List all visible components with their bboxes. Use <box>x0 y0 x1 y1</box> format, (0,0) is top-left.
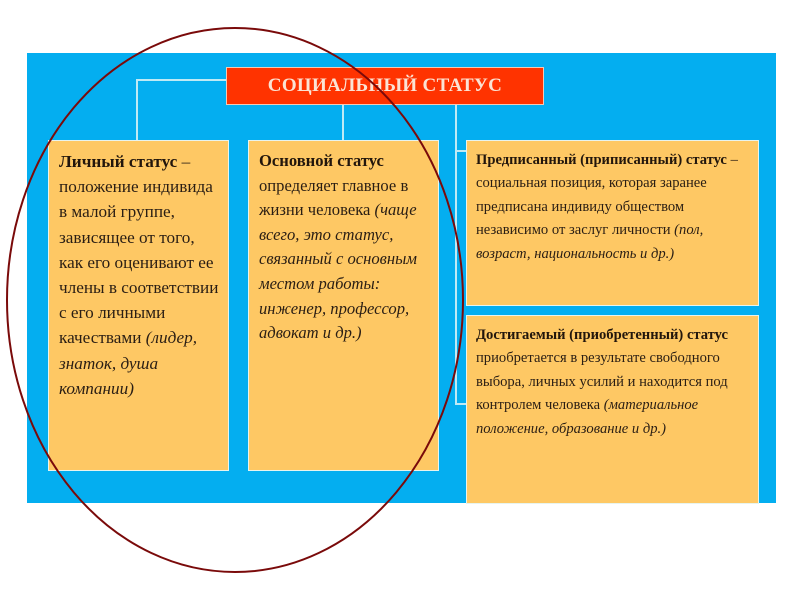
card-main-status: Основной статус определяет главное в жиз… <box>248 140 439 471</box>
definition-ascribed: социальная позиция, которая заранее пред… <box>476 175 707 238</box>
term-personal: Личный статус <box>59 152 177 171</box>
card-achieved-status: Достигаемый (приобретенный) статус приоб… <box>466 315 759 504</box>
connector-middle-drop <box>342 104 344 141</box>
connector-left-drop <box>136 79 138 141</box>
definition-personal: положение индивида в малой группе, завис… <box>59 177 218 347</box>
card-personal-status: Личный статус – положение индивида в мал… <box>48 140 229 471</box>
term-ascribed: Предписанный (приписанный) статус <box>476 152 727 168</box>
title-text: СОЦИАЛЬНЫЙ СТАТУС <box>268 75 502 97</box>
term-main: Основной статус <box>259 151 384 170</box>
connector-title-left <box>137 79 227 81</box>
connector-right-bottom-branch <box>455 403 466 405</box>
connector-right-top-branch <box>455 150 466 152</box>
term-achieved: Достигаемый (приобретенный) статус <box>476 327 728 343</box>
diagram-title: СОЦИАЛЬНЫЙ СТАТУС <box>226 67 544 105</box>
card-ascribed-status: Предписанный (приписанный) статус – соци… <box>466 140 759 306</box>
examples-main: (чаще всего, это статус, связанный с осн… <box>259 200 417 342</box>
